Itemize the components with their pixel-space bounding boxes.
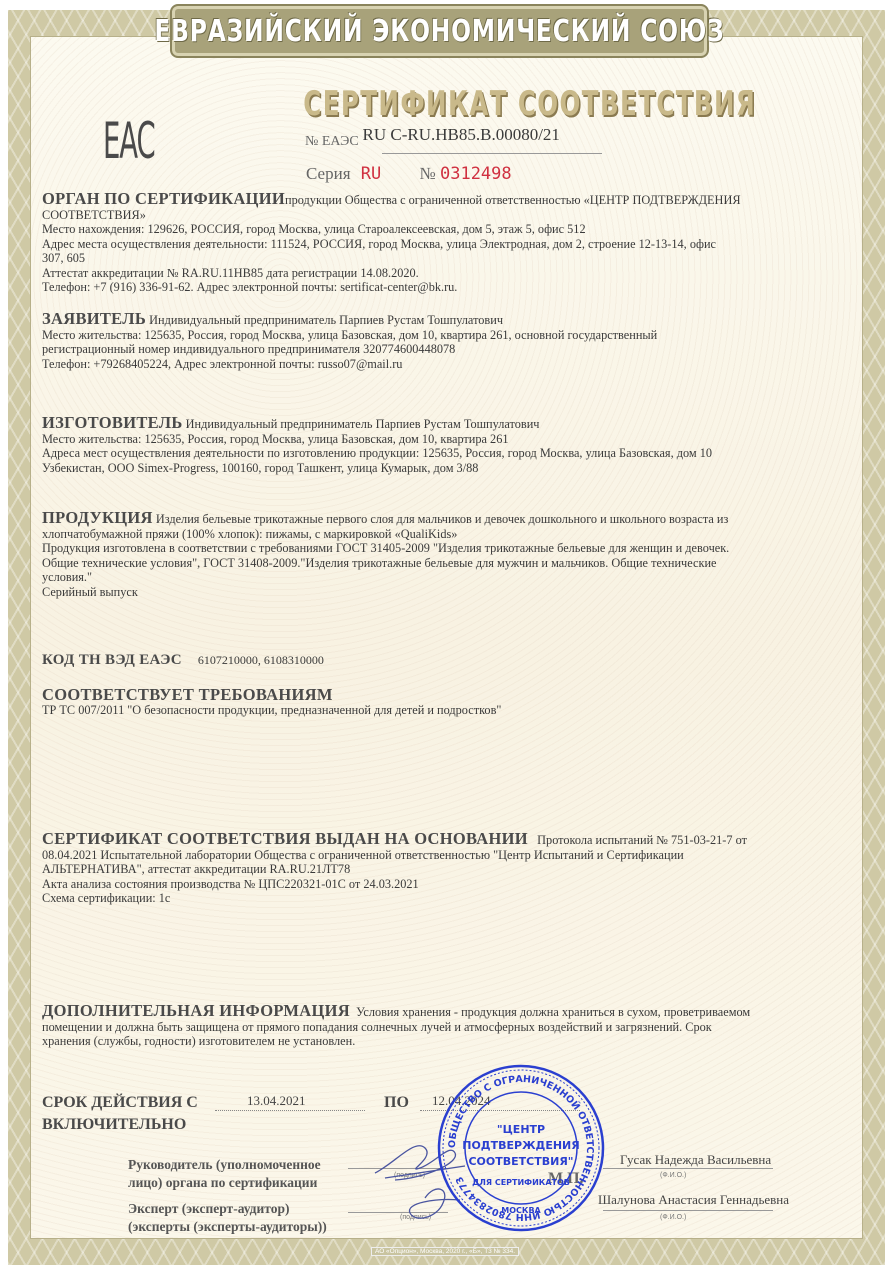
basis-laboratory: 08.04.2021 Испытательной лаборатории Общ… <box>42 848 812 863</box>
certification-body-activity-address: Адрес места осуществления деятельности: … <box>42 237 812 252</box>
basis-scheme: Схема сертификации: 1с <box>42 891 812 906</box>
requirements-value: ТР ТС 007/2011 "О безопасности продукции… <box>42 703 812 718</box>
stamp-center-text: ПОДТВЕРЖДЕНИЯ <box>462 1139 579 1152</box>
certificate-number-underline <box>382 153 602 154</box>
certificate-number-value: RU C-RU.НВ85.В.00080/21 <box>363 125 560 144</box>
applicant-name: Индивидуальный предприниматель Парпиев Р… <box>149 313 503 327</box>
eac-logo-icon: EAC <box>103 112 155 170</box>
product-standards: Продукция изготовлена в соответствии с т… <box>42 541 812 556</box>
product-heading: ПРОДУКЦИЯ <box>42 508 153 527</box>
expert-fio-line <box>603 1210 773 1211</box>
applicant-section: ЗАЯВИТЕЛЬ Индивидуальный предприниматель… <box>42 312 812 371</box>
certification-body-contacts: Телефон: +7 (916) 336-91-62. Адрес элект… <box>42 280 812 295</box>
certificate-title: СЕРТИФИКАТ СООТВЕТСТВИЯ <box>303 84 587 124</box>
stamp-center-text: СООТВЕТСТВИЯ" <box>468 1155 573 1168</box>
series-value: RU <box>361 164 381 184</box>
tn-ved-value: 6107210000, 6108310000 <box>198 653 324 667</box>
certification-body-line: СООТВЕТСТВИЯ» <box>42 208 812 223</box>
head-signatory-label: Руководитель (уполномоченное лицо) орган… <box>128 1156 321 1192</box>
additional-info-text: помещении и должна быть защищена от прям… <box>42 1020 812 1035</box>
certificate-number: № ЕАЭС RU C-RU.НВ85.В.00080/21 <box>305 130 560 150</box>
product-section: ПРОДУКЦИЯ Изделия бельевые трикотажные п… <box>42 511 812 599</box>
additional-info-text: хранения (службы, годности) изготовителе… <box>42 1034 812 1049</box>
tn-ved-heading: КОД ТН ВЭД ЕАЭС <box>42 652 182 668</box>
head-signatory-label-line: лицо) органа по сертификации <box>128 1174 321 1192</box>
stamp-lower-text: ДЛЯ СЕРТИФИКАТОВ <box>472 1178 570 1187</box>
additional-info-text: Условия хранения - продукция должна хран… <box>356 1005 750 1019</box>
manufacturer-section: ИЗГОТОВИТЕЛЬ Индивидуальный предпринимат… <box>42 416 812 475</box>
requirements-section: СООТВЕТСТВУЕТ ТРЕБОВАНИЯМ ТР ТС 007/2011… <box>42 688 812 717</box>
basis-accreditation: АЛЬТЕРНАТИВА", аттестат аккредитации RA.… <box>42 862 812 877</box>
certification-body-line: продукции Общества с ограниченной ответс… <box>285 193 741 207</box>
basis-section: СЕРТИФИКАТ СООТВЕТСТВИЯ ВЫДАН НА ОСНОВАН… <box>42 832 812 906</box>
tn-ved-row: КОД ТН ВЭД ЕАЭС6107210000, 6108310000 <box>42 652 324 669</box>
printer-imprint: АО «Опцион», Москва, 2020 г., «Б», Т3 № … <box>371 1247 519 1256</box>
stamp-city-text: МОСКВА <box>501 1206 541 1215</box>
expert-signatory-name: Шалунова Анастасия Геннадьевна <box>598 1192 789 1208</box>
basis-protocol: Протокола испытаний № 751-03-21-7 от <box>537 833 747 847</box>
expert-signatory-label: Эксперт (эксперт-аудитор) (эксперты (экс… <box>128 1200 327 1236</box>
union-banner-text: ЕВРАЗИЙСКИЙ ЭКОНОМИЧЕСКИЙ СОЮЗ <box>154 14 724 49</box>
validity-from-date: 13.04.2021 <box>247 1093 306 1109</box>
manufacturer-production-address: Адреса мест осуществления деятельности п… <box>42 446 812 461</box>
product-standards: условия." <box>42 570 812 585</box>
basis-heading: СЕРТИФИКАТ СООТВЕТСТВИЯ ВЫДАН НА ОСНОВАН… <box>42 829 528 848</box>
applicant-address: Место жительства: 125635, Россия, город … <box>42 328 812 343</box>
validity-from-underline <box>215 1110 365 1111</box>
union-banner: ЕВРАЗИЙСКИЙ ЭКОНОМИЧЕСКИЙ СОЮЗ <box>170 4 709 58</box>
seal-stamp-icon: ОБЩЕСТВО С ОГРАНИЧЕННОЙ ОТВЕТСТВЕННОСТЬЮ… <box>436 1063 606 1233</box>
head-fio-caption: (Ф.И.О.) <box>660 1172 686 1179</box>
requirements-heading: СООТВЕТСТВУЕТ ТРЕБОВАНИЯМ <box>42 688 812 703</box>
basis-production-analysis: Акта анализа состояния производства № ЦП… <box>42 877 812 892</box>
product-description: хлопчатобумажной пряжи (100% хлопок): пи… <box>42 527 812 542</box>
manufacturer-heading: ИЗГОТОВИТЕЛЬ <box>42 413 183 432</box>
validity-from-label: СРОК ДЕЙСТВИЯ С <box>42 1094 198 1112</box>
manufacturer-name: Индивидуальный предприниматель Парпиев Р… <box>186 417 540 431</box>
additional-info-heading: ДОПОЛНИТЕЛЬНАЯ ИНФОРМАЦИЯ <box>42 1001 350 1020</box>
accreditation-line: Аттестат аккредитации № RA.RU.11НВ85 дат… <box>42 266 812 281</box>
product-release-type: Серийный выпуск <box>42 585 812 600</box>
certification-body-line: 307, 605 <box>42 251 812 266</box>
head-fio-line <box>603 1168 773 1169</box>
product-description: Изделия бельевые трикотажные первого сло… <box>156 512 729 526</box>
applicant-heading: ЗАЯВИТЕЛЬ <box>42 309 146 328</box>
certification-body-heading: ОРГАН ПО СЕРТИФИКАЦИИ <box>42 189 285 208</box>
certificate-number-label: № ЕАЭС <box>305 134 359 149</box>
expert-signatory-label-line: Эксперт (эксперт-аудитор) <box>128 1200 327 1218</box>
form-number-value: 0312498 <box>440 164 512 184</box>
applicant-ogrnip: регистрационный номер индивидуального пр… <box>42 342 812 357</box>
stamp-center-text: "ЦЕНТР <box>497 1123 545 1136</box>
expert-signatory-label-line: (эксперты (эксперты-аудиторы)) <box>128 1218 327 1236</box>
additional-info-section: ДОПОЛНИТЕЛЬНАЯ ИНФОРМАЦИЯ Условия хранен… <box>42 1004 812 1049</box>
manufacturer-address: Место жительства: 125635, Россия, город … <box>42 432 812 447</box>
certification-body-address: Место нахождения: 129626, РОССИЯ, город … <box>42 222 812 237</box>
series-row: Серия RU № 0312498 <box>306 164 512 184</box>
manufacturer-production-address-2: Узбекистан, ООО Simex-Progress, 100160, … <box>42 461 812 476</box>
form-number-label: № <box>420 164 436 183</box>
head-signatory-name: Гусак Надежда Васильевна <box>620 1152 771 1168</box>
validity-to-label: ПО <box>384 1094 409 1112</box>
certification-body-section: ОРГАН ПО СЕРТИФИКАЦИИпродукции Общества … <box>42 192 812 295</box>
expert-fio-caption: (Ф.И.О.) <box>660 1214 686 1221</box>
applicant-contacts: Телефон: +79268405224, Адрес электронной… <box>42 357 812 372</box>
validity-inclusive-label: ВКЛЮЧИТЕЛЬНО <box>42 1116 186 1134</box>
product-standards: Общие технические условия", ГОСТ 31408-2… <box>42 556 812 571</box>
series-label: Серия <box>306 164 351 183</box>
head-signatory-label-line: Руководитель (уполномоченное <box>128 1156 321 1174</box>
